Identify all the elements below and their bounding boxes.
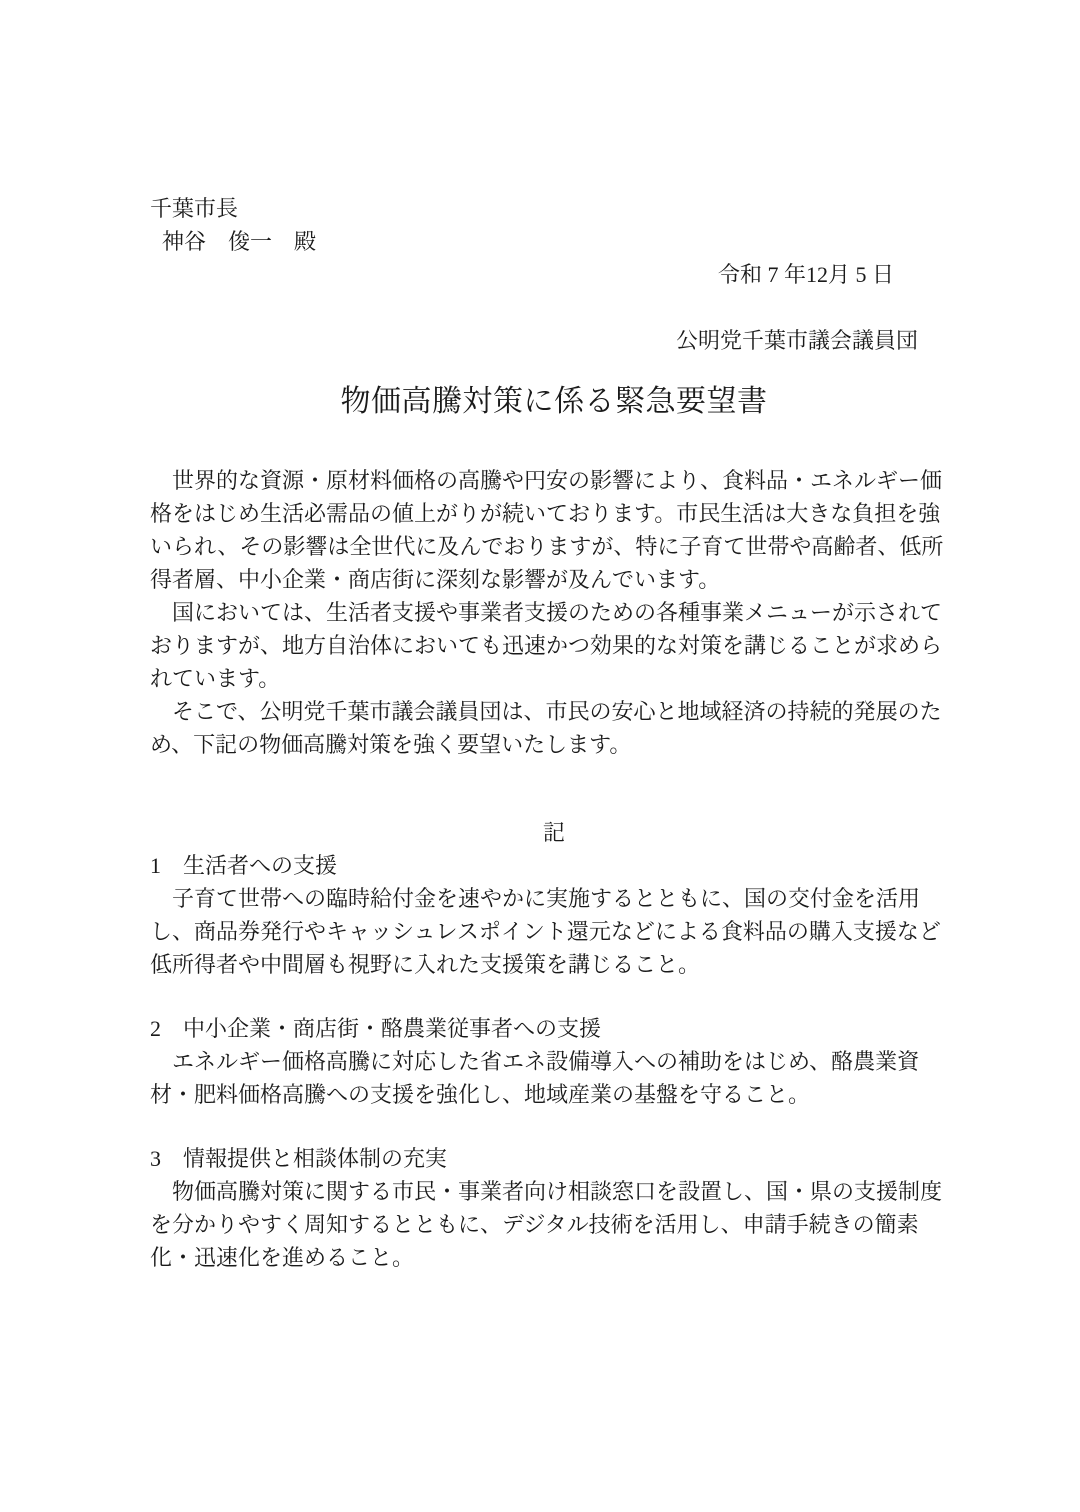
body-paragraph: そこで、公明党千葉市議会議員団は、市民の安心と地域経済の持続的発展のため、下記の… — [150, 695, 958, 761]
body-paragraph: 世界的な資源・原材料価格の高騰や円安の影響により、食料品・エネルギー価格をはじめ… — [150, 464, 958, 596]
document-content: 千葉市長 神谷 俊一 殿 令和 7 年12月 5 日 公明党千葉市議会議員団 物… — [0, 0, 1080, 1274]
request-item: 2 中小企業・商店街・酪農業従事者への支援 エネルギー価格高騰に対応した省エネ設… — [150, 1012, 958, 1111]
request-item: 1 生活者への支援 子育て世帯への臨時給付金を速やかに実施するとともに、国の交付… — [150, 849, 958, 981]
request-item: 3 情報提供と相談体制の充実 物価高騰対策に関する市民・事業者向け相談窓口を設置… — [150, 1142, 958, 1274]
item-body: エネルギー価格高騰に対応した省エネ設備導入への補助をはじめ、酪農業資材・肥料価格… — [150, 1045, 958, 1111]
item-heading: 2 中小企業・商店街・酪農業従事者への支援 — [150, 1012, 958, 1045]
item-heading: 3 情報提供と相談体制の充実 — [150, 1142, 958, 1175]
letter-date: 令和 7 年12月 5 日 — [150, 258, 958, 291]
letter-recipient-block: 千葉市長 神谷 俊一 殿 — [150, 192, 958, 258]
letter-body: 世界的な資源・原材料価格の高騰や円安の影響により、食料品・エネルギー価格をはじめ… — [150, 464, 958, 761]
letter-sender: 公明党千葉市議会議員団 — [150, 324, 958, 357]
item-heading: 1 生活者への支援 — [150, 849, 958, 882]
request-items: 1 生活者への支援 子育て世帯への臨時給付金を速やかに実施するとともに、国の交付… — [150, 849, 958, 1274]
document-title: 物価高騰対策に係る緊急要望書 — [150, 379, 958, 424]
recipient-title-line: 千葉市長 — [150, 192, 958, 225]
body-paragraph: 国においては、生活者支援や事業者支援のための各種事業メニューが示されておりますが… — [150, 596, 958, 695]
recipient-name-line: 神谷 俊一 殿 — [150, 225, 958, 258]
item-body: 物価高騰対策に関する市民・事業者向け相談窓口を設置し、国・県の支援制度を分かりや… — [150, 1175, 958, 1274]
ki-marker: 記 — [150, 816, 958, 849]
document-page: 千葉市長 神谷 俊一 殿 令和 7 年12月 5 日 公明党千葉市議会議員団 物… — [0, 0, 1080, 1512]
item-body: 子育て世帯への臨時給付金を速やかに実施するとともに、国の交付金を活用し、商品券発… — [150, 882, 958, 981]
